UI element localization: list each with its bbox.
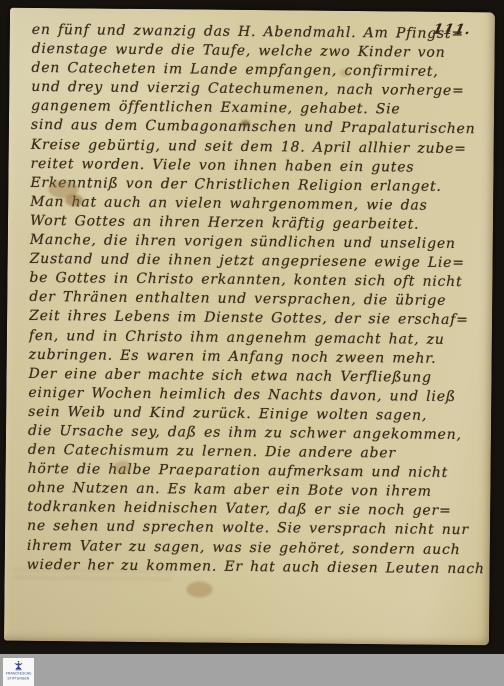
- archive-eagle-logo-icon: [13, 660, 24, 671]
- archive-stamp: FRANCKESCHE STIFTUNGEN: [3, 658, 34, 686]
- scanned-manuscript-page: { "page": { "folio_number": "111.", "arc…: [0, 0, 504, 686]
- manuscript-paper: 111. en fünf und zwanzig das H. Abendmah…: [4, 8, 495, 646]
- archive-stamp-city: STIFTUNGEN: [8, 677, 30, 681]
- manuscript-line: wieder her zu kommen. Er hat auch diesen…: [27, 555, 484, 578]
- manuscript-text-block: en fünf und zwanzig das H. Abendmahl. Am…: [26, 21, 489, 645]
- photo-black-backdrop: 111. en fünf und zwanzig das H. Abendmah…: [0, 0, 504, 654]
- scanner-margin-strip: FRANCKESCHE STIFTUNGEN: [0, 654, 504, 686]
